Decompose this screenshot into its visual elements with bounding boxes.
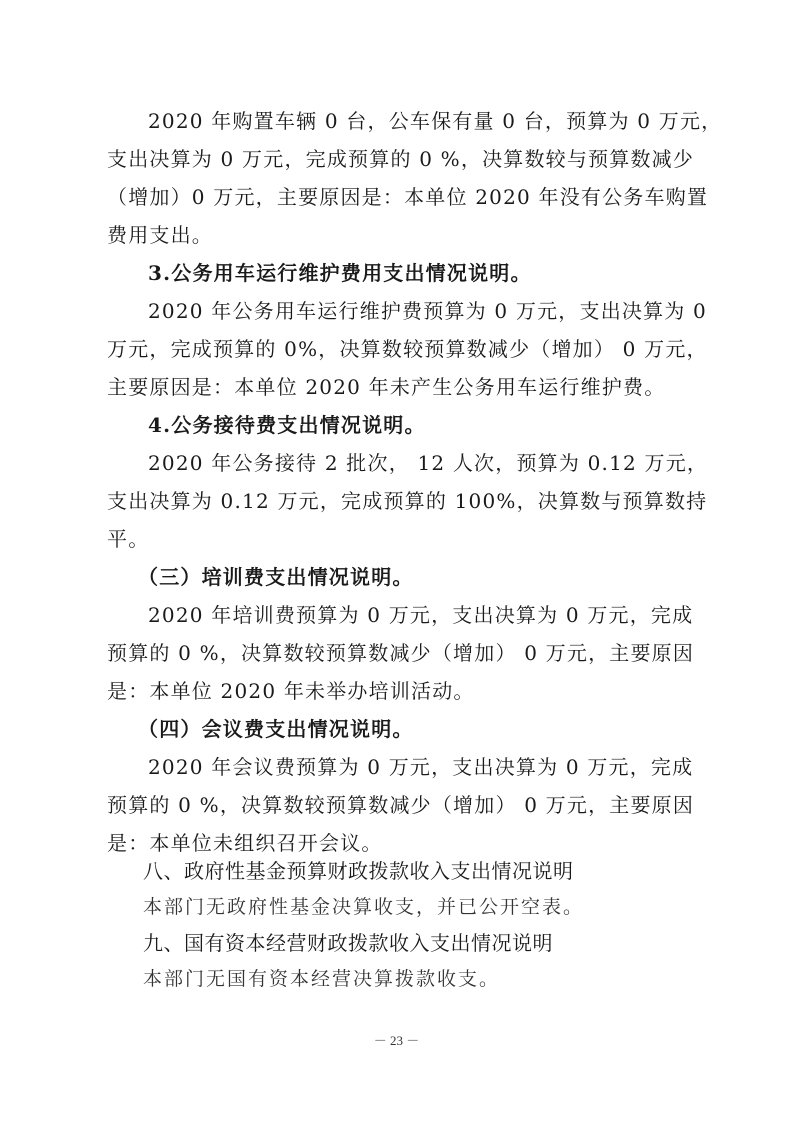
body-text-line: 平。 <box>107 526 693 552</box>
body-text-line: 本部门无国有资本经营决算拨款收支。 <box>143 966 688 992</box>
body-text-line: 是：本单位 2020 年未举办培训活动。 <box>107 678 693 704</box>
page-number: － 23 － <box>0 1030 793 1049</box>
section-heading: 八、政府性基金预算财政拨款收入支出情况说明 <box>143 858 688 884</box>
subsection-heading: 3.公务用车运行维护费用支出情况说明。 <box>148 260 693 286</box>
body-text-line: 主要原因是：本单位 2020 年未产生公务用车运行维护费。 <box>107 374 693 400</box>
subsection-heading: （三）培训费支出情况说明。 <box>138 564 683 590</box>
body-text-line: 费用支出。 <box>107 222 693 248</box>
body-text-line: 是：本单位未组织召开会议。 <box>107 830 693 856</box>
subsection-heading: 4.公务接待费支出情况说明。 <box>148 412 693 438</box>
subsection-heading: （四）会议费支出情况说明。 <box>138 716 683 742</box>
body-text-line: 本部门无政府性基金决算收支，并已公开空表。 <box>143 894 688 920</box>
body-text-line: 万元，完成预算的 0%，决算数较预算数减少（增加） 0 万元， <box>107 336 693 362</box>
body-text-line: 2020 年培训费预算为 0 万元，支出决算为 0 万元，完成 <box>148 602 693 628</box>
body-text-line: （增加）0 万元，主要原因是：本单位 2020 年没有公务车购置 <box>107 184 693 210</box>
body-text-line: 2020 年购置车辆 0 台，公车保有量 0 台，预算为 0 万元， <box>148 108 693 134</box>
body-text-line: 2020 年会议费预算为 0 万元，支出决算为 0 万元，完成 <box>148 754 693 780</box>
section-heading: 九、国有资本经营财政拨款收入支出情况说明 <box>143 930 688 956</box>
body-text-line: 2020 年公务接待 2 批次， 12 人次，预算为 0.12 万元， <box>148 450 693 476</box>
body-text-line: 预算的 0 %，决算数较预算数减少（增加） 0 万元，主要原因 <box>107 792 693 818</box>
body-text-line: 支出决算为 0.12 万元，完成预算的 100%，决算数与预算数持 <box>107 488 693 514</box>
body-text-line: 预算的 0 %，决算数较预算数减少（增加） 0 万元，主要原因 <box>107 640 693 666</box>
body-text-line: 2020 年公务用车运行维护费预算为 0 万元，支出决算为 0 <box>148 298 693 324</box>
body-text-line: 支出决算为 0 万元，完成预算的 0 %，决算数较与预算数减少 <box>107 146 693 172</box>
document-page: 2020 年购置车辆 0 台，公车保有量 0 台，预算为 0 万元， 支出决算为… <box>0 0 793 1122</box>
